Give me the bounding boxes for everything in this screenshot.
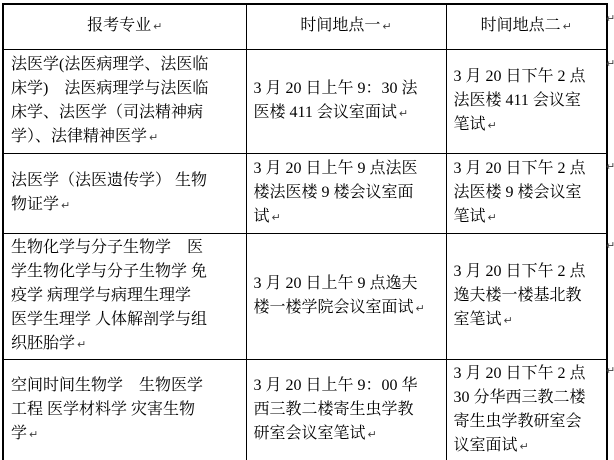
- cell-major: 生物化学与分子生物学 医 学生物化学与分子生物学 免 疫学 病理学与病理生理学 …: [3, 233, 246, 359]
- paragraph-mark-icon: ↵: [77, 338, 86, 351]
- column-header-major: 报考专业↵: [3, 4, 246, 49]
- column-header-slot1: 时间地点一↵: [246, 4, 446, 49]
- major-text: 空间时间生物学 生物医学 工程 医学材料学 灾害生物 学: [11, 377, 203, 442]
- cell-slot1: 3 月 20 日上午 9 点法医 楼法医楼 9 楼会议室面 试↵: [246, 153, 446, 233]
- paragraph-mark-icon: ↵: [520, 440, 529, 453]
- major-text: 法医学(法医病理学、法医临 床学) 法医病理学与法医临 床学、法医学（司法精神病…: [11, 56, 208, 145]
- paragraph-mark-icon: ↵: [504, 314, 513, 327]
- cell-slot2: 3 月 20 日下午 2 点 法医楼 411 会议室 笔试↵: [446, 49, 607, 153]
- slot1-text: 3 月 20 日上午 9：00 华 西三教二楼寄生虫学教 研室会议室笔试: [254, 377, 418, 442]
- paragraph-mark-icon: ↵: [382, 20, 391, 33]
- exam-schedule-table: 报考专业↵ 时间地点一↵ 时间地点二↵ 法医学(法医病理学、法医临 床学) 法医…: [2, 3, 608, 460]
- cell-slot1: 3 月 20 日上午 9：00 华 西三教二楼寄生虫学教 研室会议室笔试↵: [246, 359, 446, 460]
- paragraph-mark-icon: ↵: [29, 428, 38, 441]
- paragraph-mark-icon: ↵: [399, 107, 408, 120]
- cell-major: 空间时间生物学 生物医学 工程 医学材料学 灾害生物 学↵: [3, 359, 246, 460]
- column-header-slot2: 时间地点二↵: [446, 4, 607, 49]
- paragraph-mark-icon: ↵: [368, 428, 377, 441]
- paragraph-mark-icon: ↵: [272, 211, 281, 224]
- paragraph-mark-icon: ↵: [563, 20, 572, 33]
- slot2-text: 3 月 20 日下午 2 点 法医楼 411 会议室 笔试: [454, 68, 586, 133]
- row-end-mark-icon: ↵: [606, 57, 614, 70]
- header-row: 报考专业↵ 时间地点一↵ 时间地点二↵: [3, 4, 607, 49]
- cell-slot1: 3 月 20 日上午 9 点逸夫 楼一楼学院会议室面试↵: [246, 233, 446, 359]
- row-end-mark-icon: ↵: [606, 239, 614, 252]
- paragraph-mark-icon: ↵: [416, 302, 425, 315]
- cell-slot2: 3 月 20 日下午 2 点 逸夫楼一楼基北教 室笔试↵: [446, 233, 607, 359]
- paragraph-mark-icon: ↵: [488, 211, 497, 224]
- cell-major: 法医学（法医遗传学） 生物 物证学↵: [3, 153, 246, 233]
- header-label: 时间地点一: [300, 17, 380, 34]
- paragraph-mark-icon: ↵: [61, 199, 70, 212]
- major-text: 法医学（法医遗传学） 生物 物证学: [11, 172, 207, 213]
- slot1-text: 3 月 20 日上午 9：30 法 医楼 411 会议室面试: [254, 80, 418, 121]
- cell-slot1: 3 月 20 日上午 9：30 法 医楼 411 会议室面试↵: [246, 49, 446, 153]
- cell-slot2: 3 月 20 日下午 2 点 30 分华西三教二楼 寄生虫学教研室会 议室面试↵: [446, 359, 607, 460]
- table-row: 法医学（法医遗传学） 生物 物证学↵ 3 月 20 日上午 9 点法医 楼法医楼…: [3, 153, 607, 233]
- table-row: 空间时间生物学 生物医学 工程 医学材料学 灾害生物 学↵ 3 月 20 日上午…: [3, 359, 607, 460]
- row-end-mark-icon: ↵: [606, 12, 614, 25]
- cell-slot2: 3 月 20 日下午 2 点 法医楼 9 楼会议室 笔试↵: [446, 153, 607, 233]
- slot1-text: 3 月 20 日上午 9 点逸夫 楼一楼学院会议室面试: [254, 275, 418, 316]
- header-label: 时间地点二: [481, 17, 561, 34]
- table-row: 法医学(法医病理学、法医临 床学) 法医病理学与法医临 床学、法医学（司法精神病…: [3, 49, 607, 153]
- row-end-mark-icon: ↵: [606, 160, 614, 173]
- table-row: 生物化学与分子生物学 医 学生物化学与分子生物学 免 疫学 病理学与病理生理学 …: [3, 233, 607, 359]
- header-label: 报考专业: [87, 17, 151, 34]
- row-end-mark-icon: ↵: [606, 364, 614, 377]
- paragraph-mark-icon: ↵: [488, 119, 497, 132]
- major-text: 生物化学与分子生物学 医 学生物化学与分子生物学 免 疫学 病理学与病理生理学 …: [11, 239, 207, 352]
- paragraph-mark-icon: ↵: [153, 20, 162, 33]
- paragraph-mark-icon: ↵: [149, 131, 158, 144]
- cell-major: 法医学(法医病理学、法医临 床学) 法医病理学与法医临 床学、法医学（司法精神病…: [3, 49, 246, 153]
- slot2-text: 3 月 20 日下午 2 点 逸夫楼一楼基北教 室笔试: [454, 263, 586, 328]
- slot2-text: 3 月 20 日下午 2 点 法医楼 9 楼会议室 笔试: [454, 160, 586, 225]
